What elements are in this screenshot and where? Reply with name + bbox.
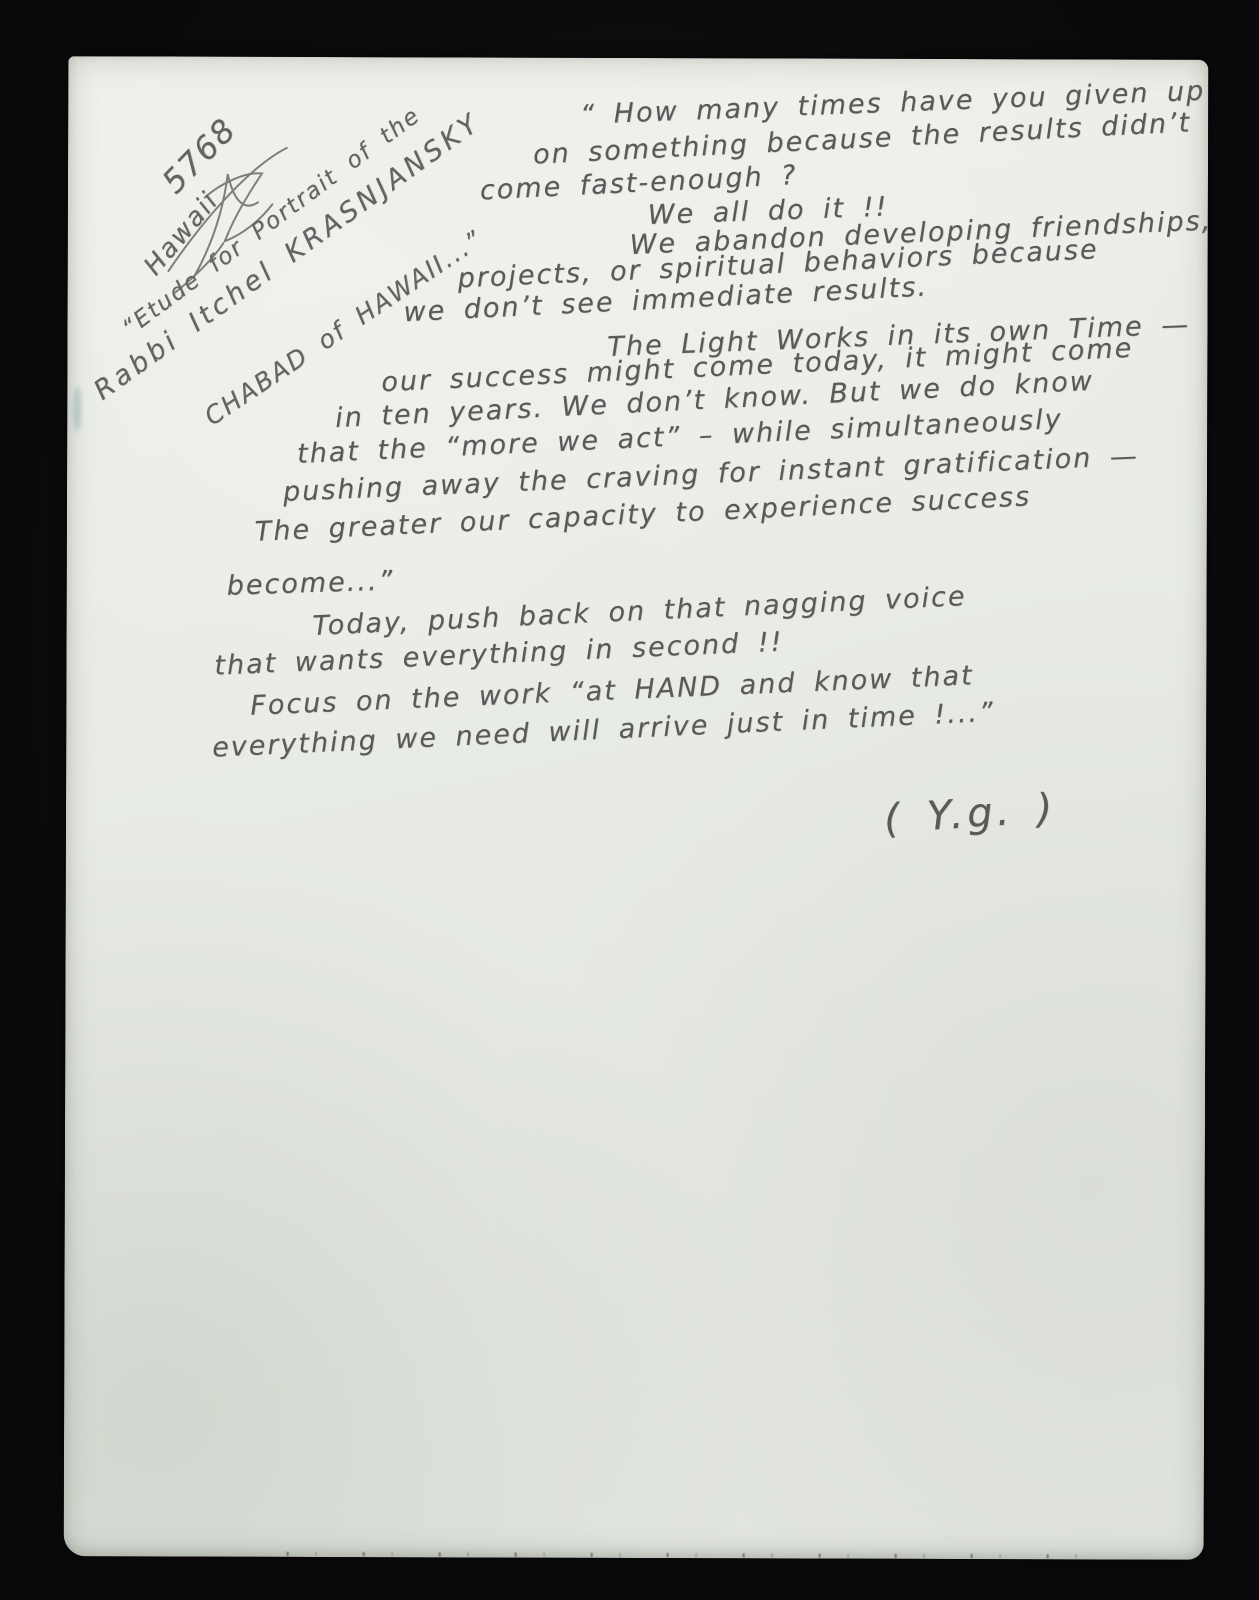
- paper-sheet: 5768 Hawaii “Etude for Portrait of the R…: [64, 56, 1209, 1560]
- paper-smudge: [73, 386, 81, 432]
- note-signature: ( Y.g. ): [882, 785, 1057, 842]
- note-line-14: become...”: [226, 565, 395, 601]
- photo-background: 5768 Hawaii “Etude for Portrait of the R…: [0, 0, 1259, 1600]
- paper-edge-marks: [269, 1552, 1113, 1559]
